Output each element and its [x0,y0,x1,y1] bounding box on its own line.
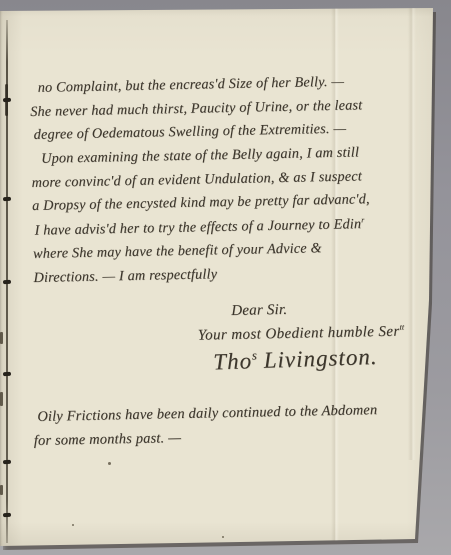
line-text: where She may have the benefit of your A… [33,240,322,262]
letter-line: no Complaint, but the encreas'd Size of … [38,74,345,97]
page-edge-mark [0,485,3,495]
valediction-text: Your most Obedient humble Ser [198,324,400,344]
line-text: degree of Oedematous Swelling of the Ext… [34,121,347,143]
page-edge-mark [0,332,3,344]
letter-line: a Dropsy of the encysted kind may be pre… [32,191,370,215]
line-text: Upon examining the state of the Belly ag… [41,144,359,166]
letter-line: Directions. — I am respectfully [33,266,217,287]
line-text: I have advis'd her to try the effects of… [34,216,361,239]
letter-line: degree of Oedematous Swelling of the Ext… [34,121,347,144]
letter-line: where She may have the benefit of your A… [33,240,322,263]
letter-line: She never had much thirst, Paucity of Ur… [30,97,362,121]
superscript-r: r [361,215,364,224]
line-text: no Complaint, but the encreas'd Size of … [38,74,345,96]
letter-line: more convinc'd of an evident Undulation,… [32,168,363,192]
letter-page: no Complaint, but the encreas'd Size of … [0,0,451,555]
valediction: Your most Obedient humble Sertt [198,323,405,345]
signature-first: Tho [213,348,253,374]
line-text: a Dropsy of the encysted kind may be pre… [32,191,370,214]
letter-line: Upon examining the state of the Belly ag… [41,144,359,167]
line-text: more convinc'd of an evident Undulation,… [32,168,363,191]
signature: Thos Livingston. [213,344,378,376]
signature-last: Livingston. [257,344,378,373]
letter-text: no Complaint, but the encreas'd Size of … [0,0,451,555]
photo-background: no Complaint, but the encreas'd Size of … [0,0,451,555]
line-text: She never had much thirst, Paucity of Ur… [30,97,362,120]
salutation: Dear Sir. [231,302,287,320]
postscript-line: Oily Frictions have been daily continued… [37,402,377,426]
page-edge-mark [0,392,3,406]
letter-line: I have advis'd her to try the effects of… [34,215,364,239]
superscript-tt: tt [399,323,404,332]
postscript-line: for some months past. — [34,430,182,450]
line-text: Directions. — I am respectfully [33,266,217,286]
